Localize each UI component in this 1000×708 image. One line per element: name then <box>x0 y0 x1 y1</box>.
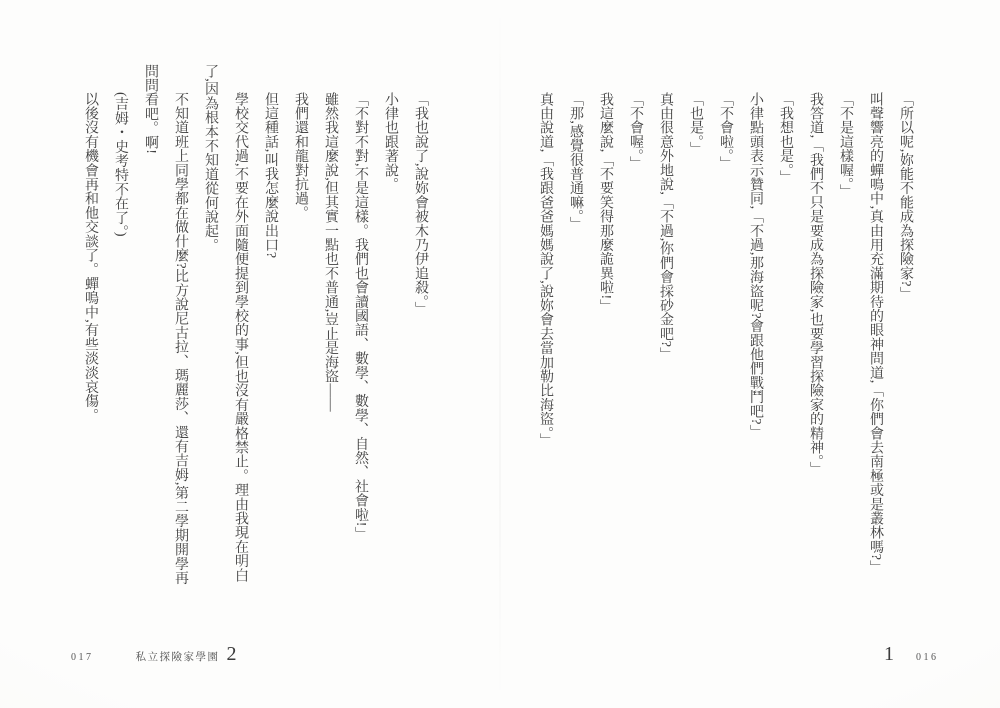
paragraph: 不知道班上同學都在做什麼?比方說尼古拉、瑪麗莎、還有吉姆,第二學期開學再問問看吧… <box>135 64 195 596</box>
paragraph: 「那,感覺很普通嘛。」 <box>560 64 590 596</box>
page-fold-divider <box>499 0 501 708</box>
right-page-footer: 1 016 <box>884 643 939 666</box>
paragraph: 我們還和龍對抗過。 <box>285 64 315 596</box>
page-right: 「所以呢,妳能不能成為探險家?」 叫聲響亮的蟬鳴中,真由用充滿期待的眼神問道,「… <box>500 0 1000 708</box>
book-spread: 「所以呢,妳能不能成為探險家?」 叫聲響亮的蟬鳴中,真由用充滿期待的眼神問道,「… <box>0 0 1000 708</box>
paragraph: 「所以呢,妳能不能成為探險家?」 <box>890 64 920 596</box>
paragraph: 小律也跟著說。 <box>375 64 405 596</box>
paragraph: 我答道,「我們不只是要成為探險家,也要學習探險家的精神。」 <box>800 64 830 596</box>
chapter-number: 1 <box>884 643 894 666</box>
right-page-text: 「所以呢,妳能不能成為探險家?」 叫聲響亮的蟬鳴中,真由用充滿期待的眼神問道,「… <box>530 64 920 596</box>
paragraph: 「我想也是。」 <box>770 64 800 596</box>
volume-number: 2 <box>227 643 237 666</box>
paragraph: 真由很意外地說,「不過,你們會採砂金吧?」 <box>650 64 680 596</box>
paragraph: 學校交代過,不要在外面隨便提到學校的事,但也沒有嚴格禁止。理由我現在明白了,因為… <box>195 64 255 596</box>
paragraph: 但這種話,叫我怎麼說出口? <box>255 64 285 596</box>
paragraph: 「不會啦。」 <box>710 64 740 596</box>
paragraph: 雖然我這麼說,但其實一點也不普通,豈止是海盜—— <box>315 64 345 596</box>
paragraph: 「我也說了,說妳會被木乃伊追殺。」 <box>405 64 435 596</box>
paragraph: 叫聲響亮的蟬鳴中,真由用充滿期待的眼神問道,「你們會去南極或是叢林嗎?」 <box>860 64 890 596</box>
page-number-right: 016 <box>916 652 939 663</box>
book-title: 私立探險家學園 <box>136 649 220 664</box>
paragraph: 真由說道,「我跟爸爸媽媽說了,說妳會去當加勒比海盜。」 <box>530 64 560 596</box>
left-page-text: 「我也說了,說妳會被木乃伊追殺。」 小律也跟著說。 「不對不對,不是這樣。我們也… <box>75 64 435 596</box>
left-page-footer: 017 私立探險家學園 2 <box>71 643 237 666</box>
paragraph: 「不對不對,不是這樣。我們也會讀國語、數學、數學、自然、社會啦!」 <box>345 64 375 596</box>
paragraph: 「不會喔。」 <box>620 64 650 596</box>
paragraph: 「不是這樣喔。」 <box>830 64 860 596</box>
paragraph: 以後沒有機會再和他交談了。蟬鳴中,有些淡淡哀傷。 <box>75 64 105 596</box>
page-left: 「我也說了,說妳會被木乃伊追殺。」 小律也跟著說。 「不對不對,不是這樣。我們也… <box>0 0 500 708</box>
paragraph: 小律點頭表示贊同,「不過,那海盜呢?會跟他們戰鬥吧?」 <box>740 64 770 596</box>
page-number-left: 017 <box>71 652 94 663</box>
paragraph: 我這麼說,「不要笑得那麼詭異啦!」 <box>590 64 620 596</box>
paragraph: 「也是。」 <box>680 64 710 596</box>
paragraph: (吉姆・史考特不在了。) <box>105 64 135 596</box>
